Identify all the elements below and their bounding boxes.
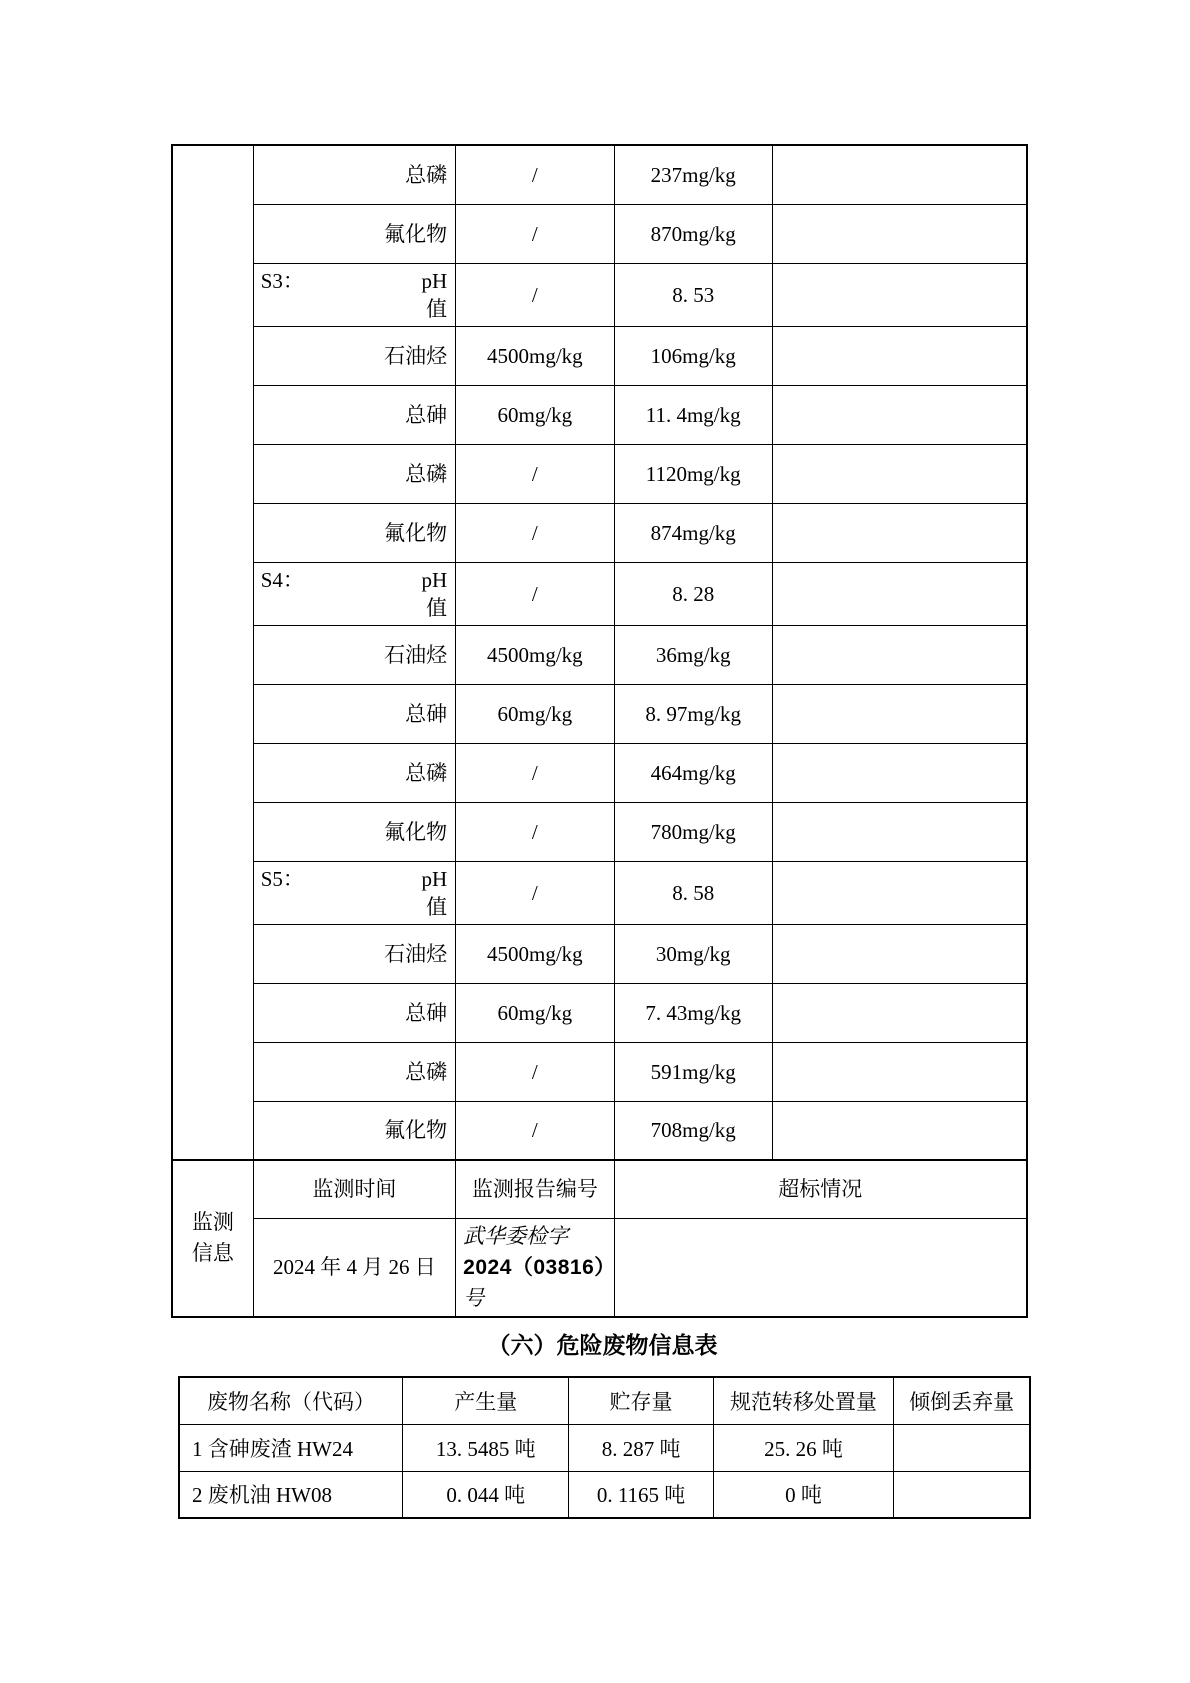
parameter-name: pH (421, 267, 447, 295)
parameter-name: 氟化物 (384, 220, 447, 248)
limit-value-cell: 60mg/kg (456, 684, 614, 743)
document-page: 总磷 / 237mg/kg 氟化物 / 870mg/kg S3： pH 值 / … (0, 0, 1190, 1683)
monitoring-time-value-cell: 2024 年 4 月 26 日 (253, 1218, 455, 1317)
waste-table-body: 废物名称（代码） 产生量 贮存量 规范转移处置量 倾倒丢弃量 1 含砷废渣 HW… (179, 1377, 1030, 1518)
parameter-line: 总磷 (261, 1058, 447, 1086)
parameter-line: 总磷 (261, 460, 447, 488)
parameter-line: 石油烃 (261, 342, 447, 370)
exceedance-note-cell (772, 562, 1027, 625)
parameter-name: 石油烃 (384, 342, 447, 370)
parameter-line: 氟化物 (261, 1116, 447, 1144)
waste-transferred-header: 规范转移处置量 (713, 1377, 893, 1424)
parameter-name: 氟化物 (384, 818, 447, 846)
monitoring-table-row: S3： pH 值 / 8. 53 (172, 263, 1027, 326)
parameter-line: 氟化物 (261, 220, 447, 248)
measured-value-cell: 11. 4mg/kg (614, 385, 772, 444)
exceedance-value-cell (614, 1218, 1027, 1317)
measured-value-cell: 8. 53 (614, 263, 772, 326)
parameter-cell: 总砷 (253, 385, 455, 444)
parameter-name: 总磷 (405, 161, 447, 189)
parameter-line: 总砷 (261, 401, 447, 429)
limit-value-cell: / (456, 204, 614, 263)
parameter-name: 总磷 (405, 460, 447, 488)
parameter-cell: 氟化物 (253, 1101, 455, 1160)
limit-value-cell: 4500mg/kg (456, 625, 614, 684)
parameter-cell: 氟化物 (253, 802, 455, 861)
measured-value-cell: 30mg/kg (614, 924, 772, 983)
sample-site-label: S3： (261, 267, 304, 295)
parameter-name: 石油烃 (384, 641, 447, 669)
waste-dumped-header: 倾倒丢弃量 (894, 1377, 1030, 1424)
measured-value-cell: 237mg/kg (614, 145, 772, 204)
monitoring-table-row: 总砷 60mg/kg 7. 43mg/kg (172, 983, 1027, 1042)
parameter-cell: S4： pH 值 (253, 562, 455, 625)
waste-name-cell: 2 废机油 HW08 (179, 1471, 403, 1518)
report-number-line1: 武华委检字 (463, 1221, 607, 1252)
exceedance-header-cell: 超标情况 (614, 1160, 1027, 1218)
exceedance-note-cell (772, 802, 1027, 861)
sample-site-label: S4： (261, 566, 304, 594)
measured-value-cell: 874mg/kg (614, 503, 772, 562)
exceedance-note-cell (772, 625, 1027, 684)
limit-value-cell: / (456, 861, 614, 924)
waste-stored-cell: 8. 287 吨 (569, 1424, 713, 1471)
measured-value-cell: 106mg/kg (614, 326, 772, 385)
exceedance-note-cell (772, 145, 1027, 204)
parameter-cell: 总磷 (253, 145, 455, 204)
parameter-line: 石油烃 (261, 641, 447, 669)
monitoring-table-row: S4： pH 值 / 8. 28 (172, 562, 1027, 625)
monitoring-info-label-line2: 信息 (173, 1238, 253, 1269)
parameter-line: 氟化物 (261, 818, 447, 846)
left-spacer-cell (172, 145, 253, 1160)
parameter-cell: 石油烃 (253, 924, 455, 983)
monitoring-table-row: 石油烃 4500mg/kg 30mg/kg (172, 924, 1027, 983)
report-number-line2: 2024（03816） (463, 1252, 607, 1283)
measured-value-cell: 780mg/kg (614, 802, 772, 861)
parameter-line: 氟化物 (261, 519, 447, 547)
limit-value-cell: / (456, 562, 614, 625)
parameter-name-wrap: 值 (261, 295, 447, 323)
parameter-cell: 总磷 (253, 743, 455, 802)
exceedance-note-cell (772, 444, 1027, 503)
measured-value-cell: 8. 28 (614, 562, 772, 625)
exceedance-note-cell (772, 326, 1027, 385)
parameter-name: 氟化物 (384, 519, 447, 547)
exceedance-note-cell (772, 983, 1027, 1042)
measured-value-cell: 7. 43mg/kg (614, 983, 772, 1042)
waste-name-header: 废物名称（代码） (179, 1377, 403, 1424)
limit-value-cell: / (456, 503, 614, 562)
limit-value-cell: 4500mg/kg (456, 326, 614, 385)
section-title: （六）危险废物信息表 (178, 1331, 1027, 1361)
monitoring-info-label-cell: 监测 信息 (172, 1160, 253, 1317)
monitoring-table-row: 氟化物 / 708mg/kg (172, 1101, 1027, 1160)
measured-value-cell: 8. 58 (614, 861, 772, 924)
sample-site-label: S5： (261, 865, 304, 893)
waste-transferred-cell: 25. 26 吨 (713, 1424, 893, 1471)
parameter-cell: 总砷 (253, 684, 455, 743)
parameter-name: 总磷 (405, 759, 447, 787)
waste-table: 废物名称（代码） 产生量 贮存量 规范转移处置量 倾倒丢弃量 1 含砷废渣 HW… (178, 1376, 1031, 1519)
parameter-name: 总磷 (405, 1058, 447, 1086)
monitoring-table-row: 石油烃 4500mg/kg 36mg/kg (172, 625, 1027, 684)
parameter-name: 总砷 (405, 700, 447, 728)
parameter-cell: 总砷 (253, 983, 455, 1042)
waste-table-header-row: 废物名称（代码） 产生量 贮存量 规范转移处置量 倾倒丢弃量 (179, 1377, 1030, 1424)
monitoring-table-row: 氟化物 / 870mg/kg (172, 204, 1027, 263)
parameter-name: pH (421, 566, 447, 594)
monitoring-table-row: 氟化物 / 780mg/kg (172, 802, 1027, 861)
monitoring-table-row: 总磷 / 237mg/kg (172, 145, 1027, 204)
parameter-line: 总磷 (261, 161, 447, 189)
monitoring-table-row: 石油烃 4500mg/kg 106mg/kg (172, 326, 1027, 385)
waste-dumped-cell (894, 1424, 1030, 1471)
limit-value-cell: / (456, 263, 614, 326)
exceedance-note-cell (772, 743, 1027, 802)
parameter-line: S4： pH (261, 566, 447, 594)
parameter-name: 氟化物 (384, 1116, 447, 1144)
exceedance-note-cell (772, 263, 1027, 326)
exceedance-note-cell (772, 861, 1027, 924)
waste-transferred-cell: 0 吨 (713, 1471, 893, 1518)
measured-value-cell: 36mg/kg (614, 625, 772, 684)
exceedance-note-cell (772, 924, 1027, 983)
exceedance-note-cell (772, 204, 1027, 263)
limit-value-cell: / (456, 1042, 614, 1101)
waste-table-row: 2 废机油 HW08 0. 044 吨 0. 1165 吨 0 吨 (179, 1471, 1030, 1518)
monitoring-table-row: 氟化物 / 874mg/kg (172, 503, 1027, 562)
parameter-name: 总砷 (405, 999, 447, 1027)
exceedance-note-cell (772, 385, 1027, 444)
exceedance-note-cell (772, 1101, 1027, 1160)
waste-table-row: 1 含砷废渣 HW24 13. 5485 吨 8. 287 吨 25. 26 吨 (179, 1424, 1030, 1471)
limit-value-cell: / (456, 145, 614, 204)
limit-value-cell: / (456, 802, 614, 861)
waste-stored-cell: 0. 1165 吨 (569, 1471, 713, 1518)
parameter-cell: 氟化物 (253, 204, 455, 263)
monitoring-table-row: 总砷 60mg/kg 8. 97mg/kg (172, 684, 1027, 743)
report-number-value-cell: 武华委检字 2024（03816） 号 (456, 1218, 614, 1317)
parameter-name: 总砷 (405, 401, 447, 429)
parameter-name-wrap: 值 (261, 594, 447, 622)
measured-value-cell: 708mg/kg (614, 1101, 772, 1160)
parameter-cell: 石油烃 (253, 326, 455, 385)
measured-value-cell: 8. 97mg/kg (614, 684, 772, 743)
parameter-line: S5： pH (261, 865, 447, 893)
measured-value-cell: 1120mg/kg (614, 444, 772, 503)
parameter-name: 石油烃 (384, 940, 447, 968)
parameter-cell: S5： pH 值 (253, 861, 455, 924)
parameter-cell: S3： pH 值 (253, 263, 455, 326)
parameter-line: 石油烃 (261, 940, 447, 968)
limit-value-cell: / (456, 444, 614, 503)
parameter-cell: 石油烃 (253, 625, 455, 684)
waste-produced-cell: 0. 044 吨 (403, 1471, 569, 1518)
parameter-name: pH (421, 865, 447, 893)
monitoring-table-row: 总磷 / 1120mg/kg (172, 444, 1027, 503)
monitoring-table-row: 总磷 / 591mg/kg (172, 1042, 1027, 1101)
measured-value-cell: 870mg/kg (614, 204, 772, 263)
parameter-line: S3： pH (261, 267, 447, 295)
exceedance-note-cell (772, 1042, 1027, 1101)
limit-value-cell: / (456, 1101, 614, 1160)
monitoring-table: 总磷 / 237mg/kg 氟化物 / 870mg/kg S3： pH 值 / … (171, 144, 1028, 1318)
monitoring-table-row: S5： pH 值 / 8. 58 (172, 861, 1027, 924)
parameter-cell: 氟化物 (253, 503, 455, 562)
parameter-line: 总砷 (261, 999, 447, 1027)
monitoring-info-label-line1: 监测 (173, 1207, 253, 1238)
waste-stored-header: 贮存量 (569, 1377, 713, 1424)
limit-value-cell: 4500mg/kg (456, 924, 614, 983)
limit-value-cell: 60mg/kg (456, 385, 614, 444)
waste-produced-cell: 13. 5485 吨 (403, 1424, 569, 1471)
parameter-line: 总砷 (261, 700, 447, 728)
parameter-cell: 总磷 (253, 1042, 455, 1101)
parameter-line: 总磷 (261, 759, 447, 787)
measured-value-cell: 591mg/kg (614, 1042, 772, 1101)
limit-value-cell: / (456, 743, 614, 802)
monitoring-footer-value-row: 2024 年 4 月 26 日 武华委检字 2024（03816） 号 (172, 1218, 1027, 1317)
monitoring-table-body: 总磷 / 237mg/kg 氟化物 / 870mg/kg S3： pH 值 / … (172, 145, 1027, 1317)
monitoring-table-row: 总砷 60mg/kg 11. 4mg/kg (172, 385, 1027, 444)
monitoring-table-row: 总磷 / 464mg/kg (172, 743, 1027, 802)
monitoring-footer-header-row: 监测 信息 监测时间 监测报告编号 超标情况 (172, 1160, 1027, 1218)
measured-value-cell: 464mg/kg (614, 743, 772, 802)
parameter-name-wrap: 值 (261, 893, 447, 921)
waste-dumped-cell (894, 1471, 1030, 1518)
waste-name-cell: 1 含砷废渣 HW24 (179, 1424, 403, 1471)
exceedance-note-cell (772, 503, 1027, 562)
monitoring-time-header-cell: 监测时间 (253, 1160, 455, 1218)
report-number-header-cell: 监测报告编号 (456, 1160, 614, 1218)
limit-value-cell: 60mg/kg (456, 983, 614, 1042)
report-number-line3: 号 (463, 1283, 607, 1314)
waste-produced-header: 产生量 (403, 1377, 569, 1424)
parameter-cell: 总磷 (253, 444, 455, 503)
exceedance-note-cell (772, 684, 1027, 743)
